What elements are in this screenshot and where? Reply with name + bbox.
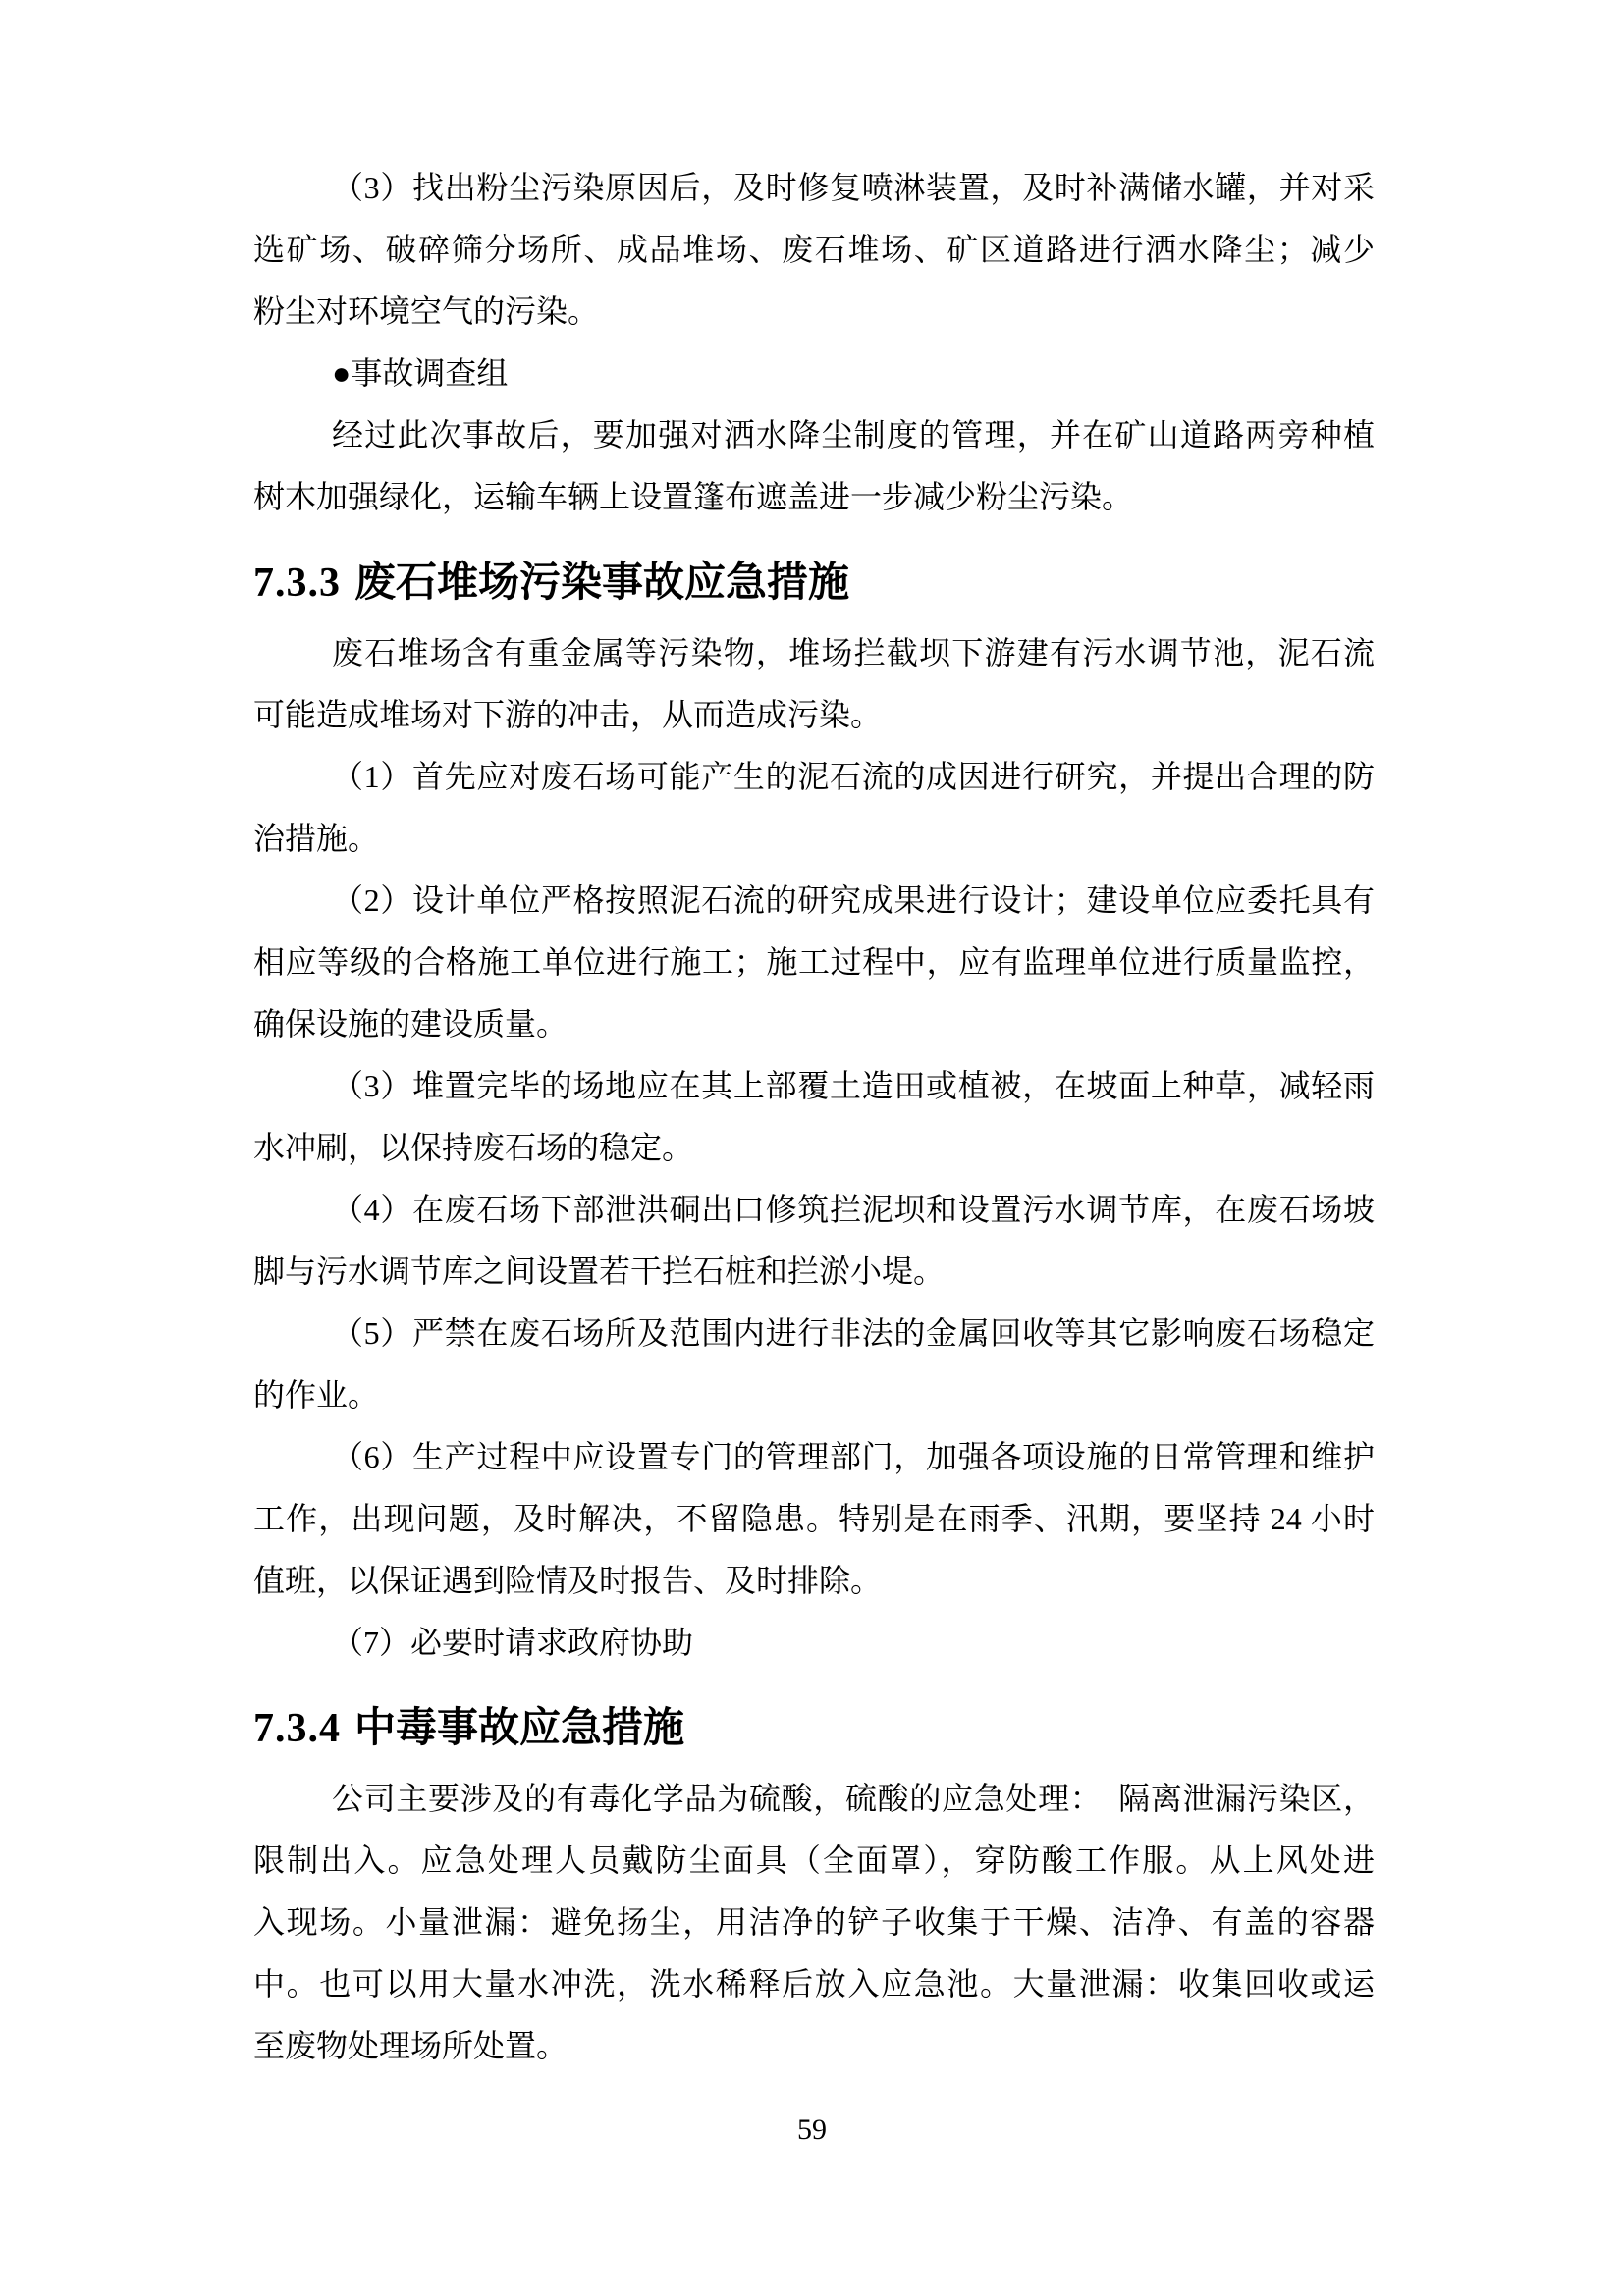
paragraph-line: 水冲刷，以保持废石场的稳定。 [253,1117,1375,1179]
paragraph-line: （7）必要时请求政府协助 [253,1612,1375,1674]
paragraph-line: 可能造成堆场对下游的冲击，从而造成污染。 [253,684,1375,746]
paragraph: （3）堆置完毕的场地应在其上部覆土造田或植被，在坡面上种草，减轻雨水冲刷，以保持… [253,1055,1375,1179]
paragraph: （6）生产过程中应设置专门的管理部门，加强各项设施的日常管理和维护工作，出现问题… [253,1426,1375,1612]
paragraph-line: （6）生产过程中应设置专门的管理部门，加强各项设施的日常管理和维护 [253,1426,1375,1488]
heading-number: 7.3.4 [253,1706,341,1751]
paragraph-line: 粉尘对环境空气的污染。 [253,281,1375,343]
paragraph: （1）首先应对废石场可能产生的泥石流的成因进行研究，并提出合理的防治措施。 [253,746,1375,870]
paragraph-line: 中。也可以用大量水冲洗，洗水稀释后放入应急池。大量泄漏：收集回收或运 [253,1953,1375,2015]
paragraph-line: 限制出入。应急处理人员戴防尘面具（全面罩），穿防酸工作服。从上风处进 [253,1830,1375,1892]
heading-title: 废石堆场污染事故应急措施 [354,561,849,606]
paragraph: 废石堆场含有重金属等污染物，堆场拦截坝下游建有污水调节池，泥石流可能造成堆场对下… [253,622,1375,746]
paragraph-line: （5）严禁在废石场所及范围内进行非法的金属回收等其它影响废石场稳定 [253,1303,1375,1364]
paragraph: （3）找出粉尘污染原因后，及时修复喷淋装置，及时补满储水罐，并对采选矿场、破碎筛… [253,157,1375,343]
paragraph-line: 脚与污水调节库之间设置若干拦石桩和拦淤小堤。 [253,1241,1375,1303]
paragraph: （2）设计单位严格按照泥石流的研究成果进行设计；建设单位应委托具有相应等级的合格… [253,870,1375,1055]
paragraph-line: （3）堆置完毕的场地应在其上部覆土造田或植被，在坡面上种草，减轻雨 [253,1055,1375,1117]
paragraph-line: 树木加强绿化，运输车辆上设置篷布遮盖进一步减少粉尘污染。 [253,466,1375,528]
paragraph: （7）必要时请求政府协助 [253,1612,1375,1674]
paragraph-line: （1）首先应对废石场可能产生的泥石流的成因进行研究，并提出合理的防 [253,746,1375,808]
paragraph-line: 选矿场、破碎筛分场所、成品堆场、废石堆场、矿区道路进行洒水降尘；减少 [253,219,1375,281]
paragraph-line: 至废物处理场所处置。 [253,2015,1375,2077]
section-heading: 7.3.3废石堆场污染事故应急措施 [253,544,1375,622]
paragraph: （4）在废石场下部泄洪硐出口修筑拦泥坝和设置污水调节库，在废石场坡脚与污水调节库… [253,1179,1375,1303]
heading-number: 7.3.3 [253,561,341,606]
paragraph-line: 入现场。小量泄漏：避免扬尘，用洁净的铲子收集于干燥、洁净、有盖的容器 [253,1892,1375,1953]
paragraph-line: 治措施。 [253,808,1375,870]
paragraph-line: 相应等级的合格施工单位进行施工；施工过程中，应有监理单位进行质量监控， [253,932,1375,993]
paragraph-line: 工作，出现问题，及时解决，不留隐患。特别是在雨季、汛期，要坚持 24 小时 [253,1488,1375,1550]
paragraph-line: 经过此次事故后，要加强对洒水降尘制度的管理，并在矿山道路两旁种植 [253,404,1375,466]
section-heading: 7.3.4中毒事故应急措施 [253,1689,1375,1768]
paragraph-line: 公司主要涉及的有毒化学品为硫酸，硫酸的应急处理： 隔离泄漏污染区， [253,1768,1375,1830]
paragraph-line: 废石堆场含有重金属等污染物，堆场拦截坝下游建有污水调节池，泥石流 [253,622,1375,684]
paragraph-line: （3）找出粉尘污染原因后，及时修复喷淋装置，及时补满储水罐，并对采 [253,157,1375,219]
paragraph-line: 确保设施的建设质量。 [253,993,1375,1055]
document-page: （3）找出粉尘污染原因后，及时修复喷淋装置，及时补满储水罐，并对采选矿场、破碎筛… [0,0,1624,2296]
paragraph-line: ●事故调查组 [253,343,1375,404]
paragraph: （5）严禁在废石场所及范围内进行非法的金属回收等其它影响废石场稳定的作业。 [253,1303,1375,1426]
paragraph-line: 值班，以保证遇到险情及时报告、及时排除。 [253,1550,1375,1612]
paragraph: 经过此次事故后，要加强对洒水降尘制度的管理，并在矿山道路两旁种植树木加强绿化，运… [253,404,1375,528]
paragraph-line: （2）设计单位严格按照泥石流的研究成果进行设计；建设单位应委托具有 [253,870,1375,932]
paragraph-line: 的作业。 [253,1364,1375,1426]
paragraph: ●事故调查组 [253,343,1375,404]
heading-title: 中毒事故应急措施 [354,1706,684,1751]
paragraph: 公司主要涉及的有毒化学品为硫酸，硫酸的应急处理： 隔离泄漏污染区，限制出入。应急… [253,1768,1375,2077]
document-body: （3）找出粉尘污染原因后，及时修复喷淋装置，及时补满储水罐，并对采选矿场、破碎筛… [253,157,1375,2077]
page-number: 59 [0,2110,1624,2150]
paragraph-line: （4）在废石场下部泄洪硐出口修筑拦泥坝和设置污水调节库，在废石场坡 [253,1179,1375,1241]
